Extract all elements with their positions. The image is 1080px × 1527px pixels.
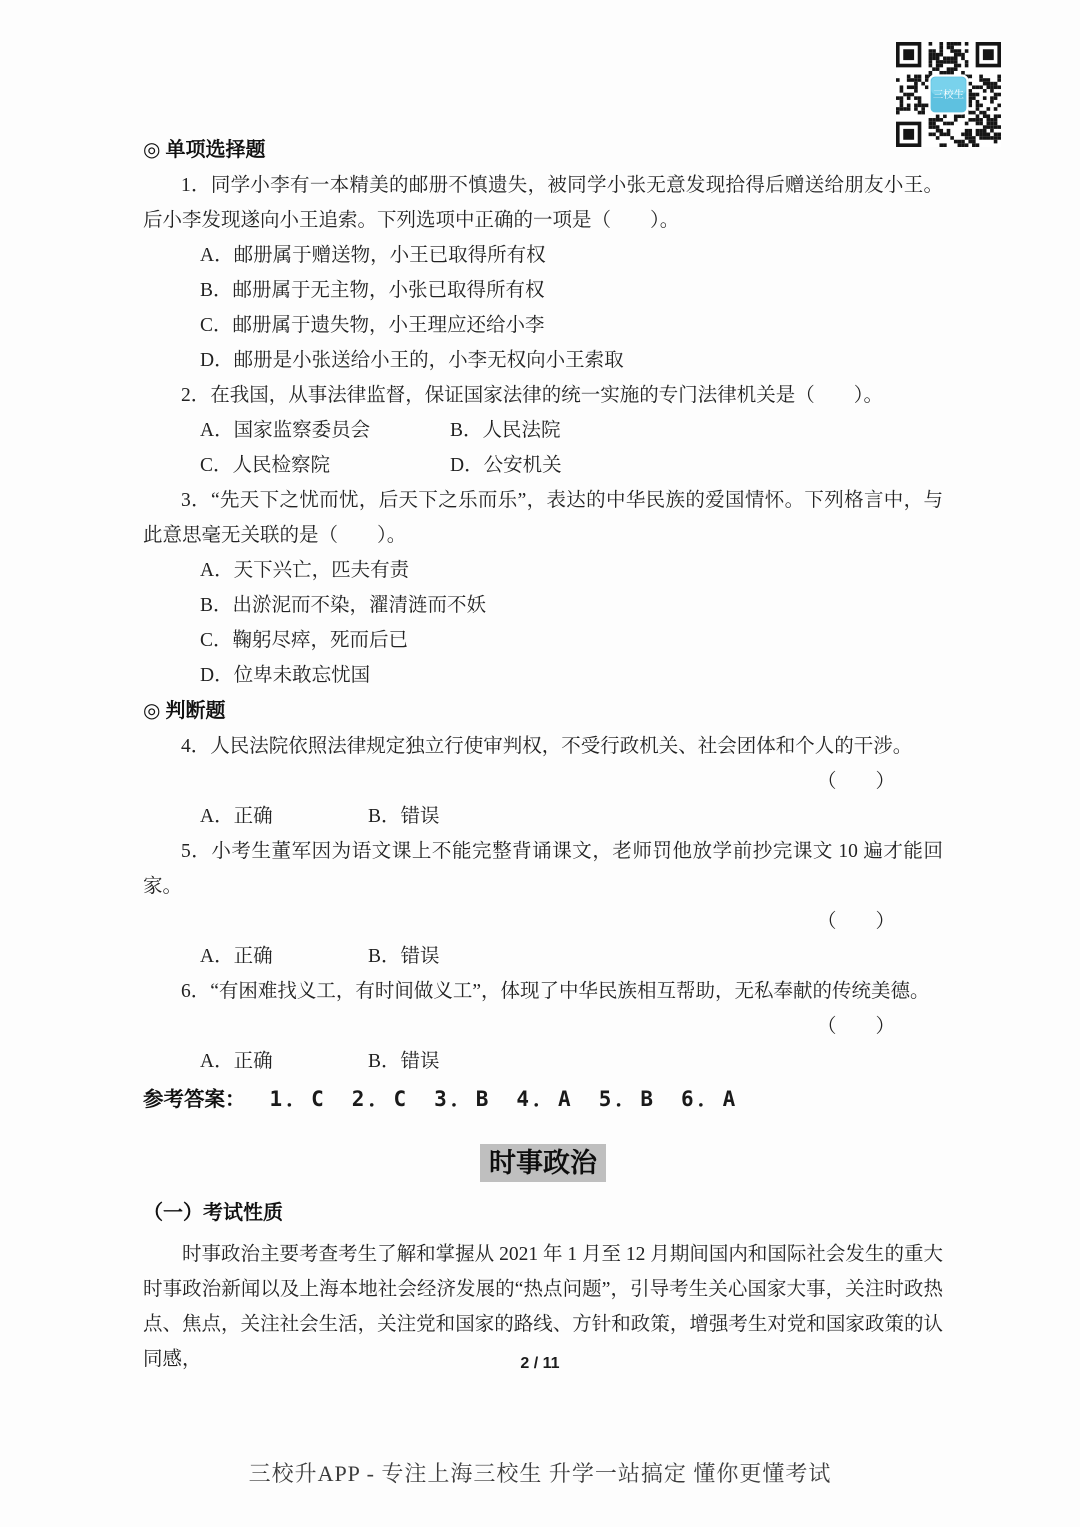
answer-key-item-6: 6．A	[681, 1087, 739, 1111]
question-3-option-b: B．出淤泥而不染，濯清涟而不妖	[143, 588, 943, 623]
document-body: ◎ 单项选择题 1．同学小李有一本精美的邮册不慎遗失，被同学小张无意发现拾得后赠…	[143, 132, 943, 1377]
question-3-option-c: C．鞠躬尽瘁，死而后已	[143, 623, 943, 658]
question-4-options-row: A．正确B．错误	[143, 799, 943, 834]
question-4-answer-bracket: （ ）	[143, 764, 943, 799]
question-2-option-a: A．国家监察委员会	[200, 413, 450, 448]
qr-logo: 三校生	[929, 75, 967, 113]
question-5-answer-bracket: （ ）	[143, 904, 943, 939]
question-2-option-c: C．人民检察院	[200, 448, 450, 483]
answer-key: 参考答案：1．C2．C3．B4．A5．B6．A	[143, 1081, 943, 1120]
question-3-option-d: D．位卑未敢忘忧国	[143, 658, 943, 693]
question-1-option-b: B．邮册属于无主物，小张已取得所有权	[143, 273, 943, 308]
question-5-options-row: A．正确B．错误	[143, 939, 943, 974]
question-5-text: 5．小考生董军因为语文课上不能完整背诵课文，老师罚他放学前抄完课文 10 遍才能…	[143, 834, 943, 904]
question-2-options-row-2: C．人民检察院D．公安机关	[143, 448, 943, 483]
question-6-option-a: A．正确	[200, 1044, 368, 1079]
politics-subheading: （一）考试性质	[143, 1196, 943, 1231]
section-heading-single-choice: ◎ 单项选择题	[143, 132, 943, 168]
question-6-options-row: A．正确B．错误	[143, 1044, 943, 1079]
question-2-text: 2．在我国，从事法律监督，保证国家法律的统一实施的专门法律机关是（ ）。	[143, 378, 943, 413]
question-4-option-b: B．错误	[368, 806, 440, 827]
question-4-option-a: A．正确	[200, 799, 368, 834]
answer-key-item-4: 4．A	[516, 1087, 574, 1111]
question-2-option-b: B．人民法院	[450, 420, 561, 441]
politics-section: 时事政治	[143, 1144, 943, 1182]
question-5-option-b: B．错误	[368, 946, 440, 967]
answer-key-item-5: 5．B	[599, 1087, 657, 1111]
answer-key-item-2: 2．C	[352, 1087, 410, 1111]
question-1-text: 1．同学小李有一本精美的邮册不慎遗失，被同学小张无意发现拾得后赠送给朋友小王。后…	[143, 168, 943, 238]
question-1-option-a: A．邮册属于赠送物，小王已取得所有权	[143, 238, 943, 273]
question-1-option-d: D．邮册是小张送给小王的，小李无权向小王索取	[143, 343, 943, 378]
question-3-option-a: A．天下兴亡，匹夫有责	[143, 553, 943, 588]
section-heading-judgment: ◎ 判断题	[143, 693, 943, 729]
politics-section-title: 时事政治	[480, 1144, 606, 1182]
question-3-text: 3．“先天下之忧而忧，后天下之乐而乐”，表达的中华民族的爱国情怀。下列格言中，与…	[143, 483, 943, 553]
question-1-option-c: C．邮册属于遗失物，小王理应还给小李	[143, 308, 943, 343]
question-2-option-d: D．公安机关	[450, 455, 562, 476]
answer-key-label: 参考答案：	[143, 1089, 246, 1111]
question-6-answer-bracket: （ ）	[143, 1009, 943, 1044]
question-2-options-row-1: A．国家监察委员会B．人民法院	[143, 413, 943, 448]
question-6-option-b: B．错误	[368, 1051, 440, 1072]
answer-key-item-3: 3．B	[434, 1087, 492, 1111]
qr-logo-text: 三校生	[933, 88, 964, 101]
answer-key-item-1: 1．C	[270, 1087, 328, 1111]
question-5-option-a: A．正确	[200, 939, 368, 974]
page-number: 2 / 11	[0, 1355, 1080, 1373]
question-6-text: 6．“有困难找义工，有时间做义工”，体现了中华民族相互帮助，无私奉献的传统美德。	[143, 974, 943, 1009]
question-4-text: 4．人民法院依照法律规定独立行使审判权，不受行政机关、社会团体和个人的干涉。	[143, 729, 943, 764]
footer-tagline: 三校升APP - 专注上海三校生 升学一站搞定 懂你更懂考试	[0, 1457, 1080, 1488]
